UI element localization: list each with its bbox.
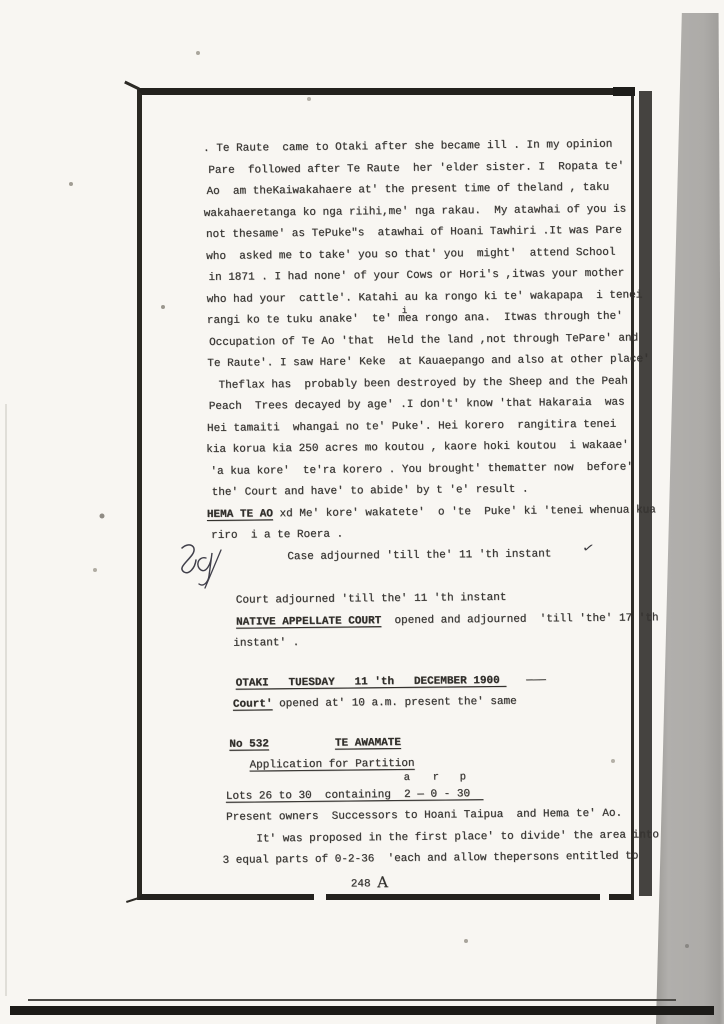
text-segment: Peach Trees decayed by age' .I don't' kn…: [209, 397, 625, 413]
text-segment: 3 equal parts of 0-2-36 'each and allow …: [222, 850, 638, 866]
line-court-opened: Court' opened at' 10 a.m. present the' s…: [209, 690, 659, 716]
text-segment: who asked me to take' you so that' you m…: [206, 246, 615, 262]
text-segment: Te Raute'. I saw Hare' Keke at Kauaepang…: [207, 353, 649, 370]
text-segment: Lots 26 to 30 containing 2 — 0 - 30: [226, 788, 484, 803]
text-segment: Pare followed after Te Raute her 'elder …: [208, 160, 624, 176]
text-segment: OTAKI TUESDAY 11 'th DECEMBER 1900: [236, 674, 507, 689]
text-segment: Ao am theKaiwakahaere at' the present ti…: [206, 182, 609, 198]
text-segment: riro i a te Roera .: [211, 529, 343, 542]
text-segment: a: [404, 772, 410, 782]
page-bottom-edge-line: [28, 999, 676, 1001]
text-segment: HEMA TE AO: [207, 508, 273, 521]
text-segment: Case adjourned 'till the' 11 'th instant: [287, 548, 551, 563]
scanned-page: . Te Raute came to Otaki after she becam…: [0, 0, 724, 1024]
scan-noise-speckles: [0, 0, 2, 2]
text-segment: TE AWAMATE: [335, 736, 401, 749]
page-left-edge-line: [5, 404, 7, 996]
frame-border-gap: [600, 893, 609, 901]
handwritten-initials-mark: [168, 541, 228, 597]
text-segment: opened and adjourned 'till 'the' 17 'th: [381, 612, 658, 627]
text-segment: Court adjourned 'till the' 11 'th instan…: [236, 592, 507, 607]
text-segment: A: [377, 873, 388, 891]
text-segment: the' Court and have' to abide' by t 'e' …: [212, 484, 529, 499]
text-segment: NATIVE APPELLATE COURT: [236, 615, 381, 629]
document-border-corner-nub: [613, 87, 635, 96]
text-segment: not thesame' as TePuke"s atawhai of Hoan…: [206, 225, 622, 241]
frame-corner-tail: [124, 81, 140, 91]
text-segment: instant' .: [233, 637, 299, 650]
text-segment: wakahaeretanga ko nga riihi,me' nga raka…: [204, 203, 627, 219]
text-segment: . Te Raute came to Otaki after she becam…: [203, 139, 612, 155]
text-segment: who had your cattle'. Katahi au ka rongo…: [207, 289, 643, 306]
frame-corner-tail: [126, 897, 139, 903]
book-gutter-strip: [656, 13, 724, 1024]
text-segment: opened at' 10 a.m. present the' same: [272, 696, 516, 711]
text-segment: Court': [233, 698, 273, 710]
text-segment: Present owners Successors to Hoani Taipu…: [226, 808, 622, 824]
line-native-appellate-court-2: instant' .: [208, 629, 658, 655]
text-segment: p: [460, 772, 466, 782]
text-segment: Occupation of Te Ao 'that Held the land …: [209, 332, 638, 348]
text-segment: Application for Partition: [250, 758, 415, 772]
text-segment: 'a kua kore' te'ra korero . You brought'…: [210, 461, 633, 477]
text-segment: r: [433, 772, 439, 782]
text-segment: in 1871 . I had none' of your Cows or Ho…: [208, 268, 624, 284]
text-segment: rangi ko te tuku anake' te' mea rongo an…: [207, 311, 623, 327]
page-bottom-edge-bar: [10, 1006, 714, 1015]
text-segment: Hei tamaiti whangai no te' Puke'. Hei ko…: [207, 418, 616, 434]
text-block: . Te Raute came to Otaki after she becam…: [203, 134, 661, 897]
text-segment: Theflax has probably been destroyed by t…: [219, 375, 628, 391]
text-segment: xd Me' kore' wakatete' o 'te Puke' ki 't…: [273, 504, 656, 520]
text-segment: ———: [506, 674, 546, 686]
text-segment: kia korua kia 250 acres mo koutou , kaor…: [206, 440, 629, 456]
text-segment: 248: [351, 878, 378, 890]
line-page-number: 248 A: [211, 868, 661, 897]
text-segment: [269, 737, 335, 750]
text-segment: It' was proposed in the first place' to …: [256, 829, 659, 845]
text-segment: No 532: [229, 738, 269, 750]
